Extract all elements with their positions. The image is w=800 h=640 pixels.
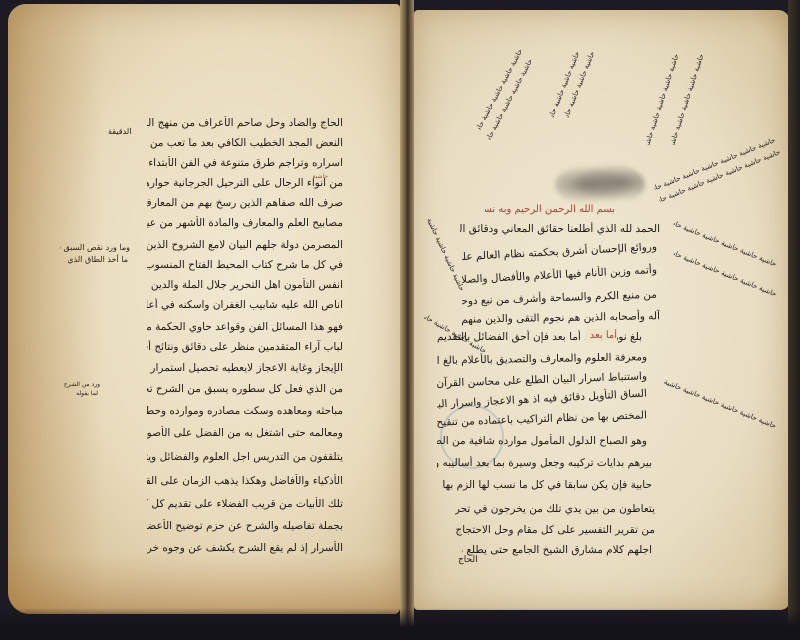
- left-line-19: تلك الأبيات من قريب الفضلاء على تقديم كل…: [147, 497, 343, 511]
- side-note-top: الدقيقة: [108, 127, 131, 136]
- table-shadow: [0, 608, 800, 640]
- right-line-14: يتعاطون من بين يدي تلك من يخرجون في تحري…: [455, 502, 655, 516]
- left-line-8: في كل ما شرح كتاب المحيط الفتاح المنسوب …: [147, 258, 343, 272]
- left-line-13: الإيجاز وغاية الاعجاز لايعطيه تحصيل استم…: [147, 361, 343, 375]
- left-line-16: ومعالمه حتى اشتغل به من الفضل على الأصول…: [147, 426, 343, 440]
- left-line-12: لباب آراء المتقدمين منظر على دقائق ونتائ…: [147, 340, 343, 354]
- margin-note-1: وما ورد نقص السبق في صفا...: [60, 242, 130, 253]
- margin-note-small-2: لما يقوله: [63, 389, 98, 398]
- left-line-20: بجملة تفاصيله والشرح عن حزم توضيح الأعضا…: [147, 519, 343, 533]
- left-line-11: فهو هذا المسائل الفن وقواعد حاوي الحكمة …: [147, 320, 343, 334]
- left-line-2: النعض المجد الخطيب الكافي بعد ما تعب من …: [147, 136, 343, 150]
- catchword: الحاج: [458, 555, 478, 565]
- left-line-1: الحاج والضاد وحل صاحم الأعراف من منهج ال…: [147, 116, 343, 130]
- left-line-14: من الذي فعل كل سطوره يسبق من الشرح تحصى …: [147, 382, 343, 396]
- open-manuscript: الدقيقة وما ورد نقص السبق في صفا... ما أ…: [0, 0, 800, 640]
- book-cover-edge: [788, 0, 800, 640]
- right-line-11: وهو الصباح الدلول المأمول موارده شافية م…: [437, 434, 647, 448]
- left-line-5: صرف الله صفاهم الذين رسخ بهم من المعارف …: [147, 196, 343, 210]
- margin-note-small-1: ورد من الشرح: [60, 380, 100, 389]
- basmala-rubric: بسم الله الرحمن الرحيم وبه نستعين وعليه …: [485, 203, 615, 217]
- ink-smudge: [555, 162, 645, 207]
- rubric-amma-bad: أما بعد: [585, 329, 617, 343]
- left-line-9: انفس التأمون اهل التحرير جلال الملة والد…: [147, 278, 343, 292]
- left-line-7: المصرمن دولة جلهم البيان لامع الشروح الذ…: [147, 238, 343, 252]
- right-line-12: بيرهم بدايات تركيبه وجعل وسيرة بما بعد أ…: [437, 456, 652, 470]
- left-line-18: الأذكياء والأفاضل وهكذا يذهب الزمان على …: [147, 474, 343, 488]
- right-line-15: من تقرير التفسير على كل مقام وحل الاحتجا…: [455, 523, 655, 537]
- right-line-1: الحمد لله الذي أطلعنا حقائق المعاني ودقا…: [460, 222, 660, 236]
- left-line-17: يتلقفون من التدريس اجل العلوم والفضائل و…: [147, 450, 343, 464]
- right-line-16: اجلهم كلام مشارق الشيخ الجامع حتى يطلع د…: [462, 543, 652, 557]
- margin-note-2: ما أخذ الطاق الذي: [68, 254, 128, 265]
- left-line-10: اناص الله عليه شابيب الغفران واسكنه في أ…: [147, 298, 343, 312]
- right-line-13: حابية فإن يكن سابقا في كل ما نسب لها الز…: [442, 478, 652, 492]
- left-line-4: من انواء الرجال على الترحيل الجرجانية حو…: [147, 176, 343, 190]
- book-spine: [400, 0, 414, 640]
- left-line-21: الأسرار إذ لم يقع الشرح يكشف عن وجوه خرا…: [147, 541, 343, 555]
- left-line-15: مباحثه ومعاهده وسكت مصادره وموارده وحطت …: [147, 404, 343, 418]
- left-line-6: مصابيح العلم والمعارف والمادة الأشهر من …: [147, 216, 343, 230]
- left-line-3: اسراره وتراجم طرق متنوعة في الفن الأبتدا…: [147, 156, 343, 170]
